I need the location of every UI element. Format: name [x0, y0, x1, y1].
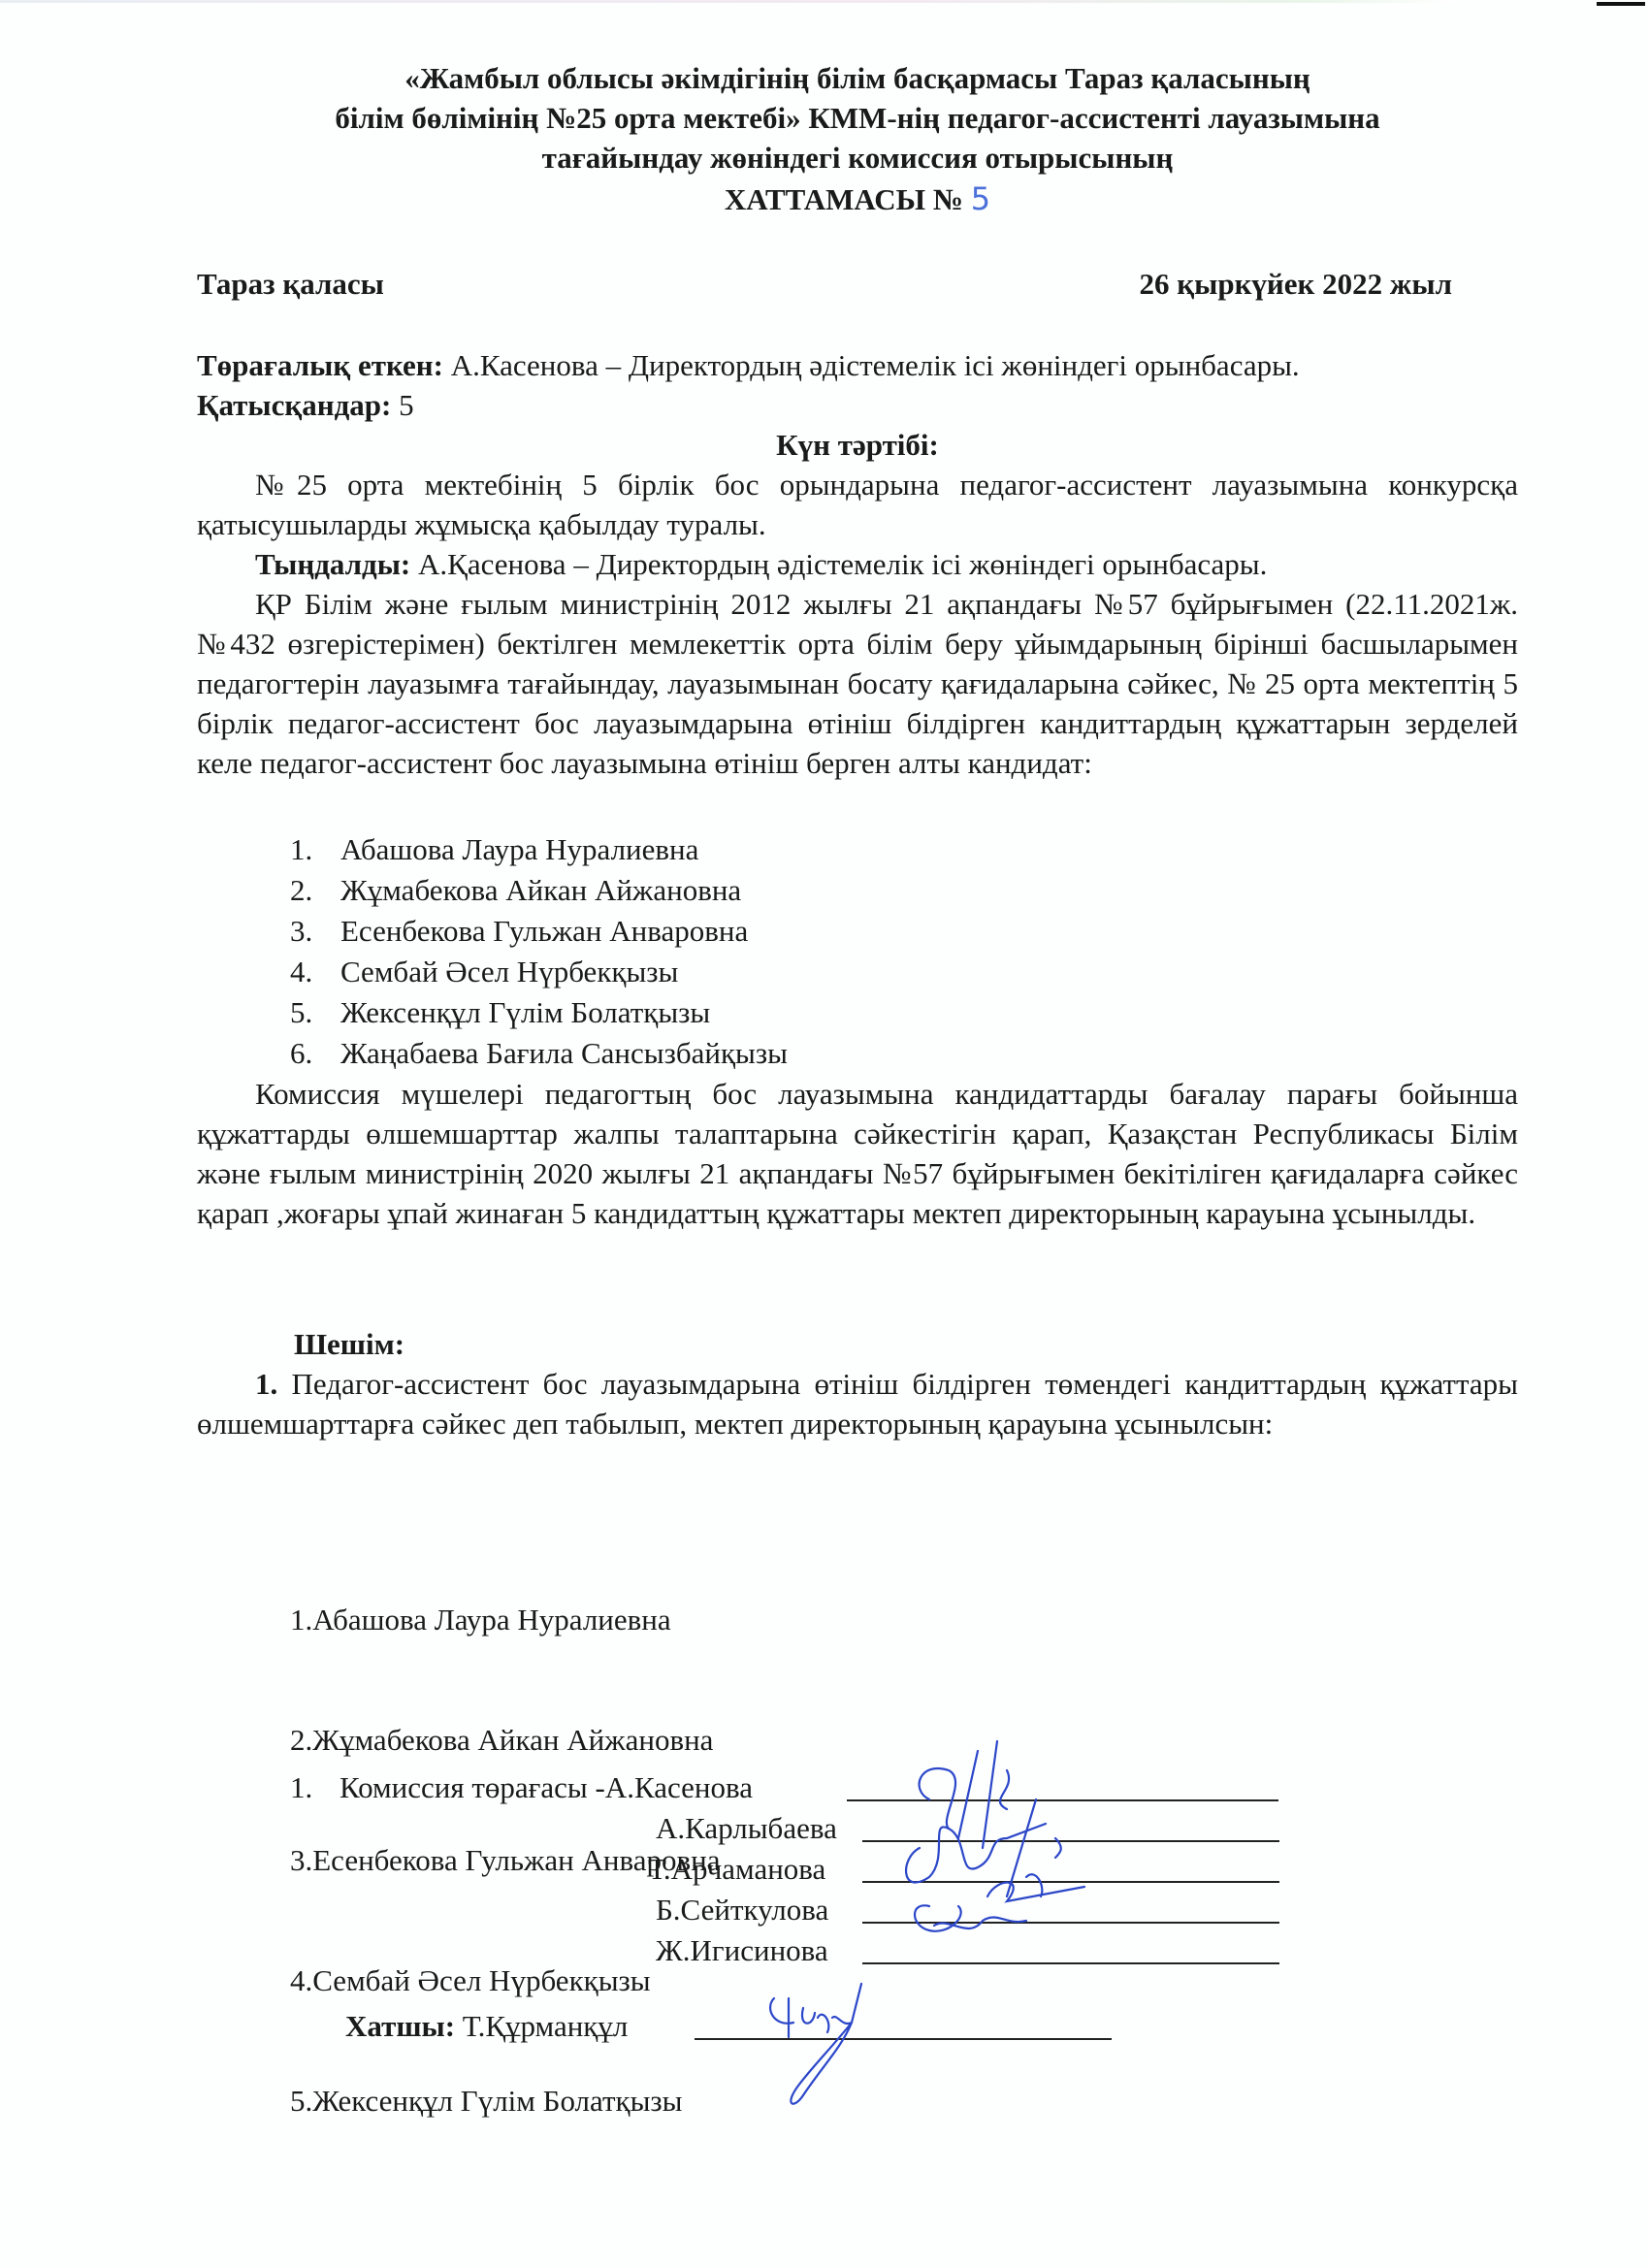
title-line-2: білім бөлімінің №25 орта мектебі» КММ-ні…: [197, 98, 1518, 138]
agenda-body: ҚР Білім және ғылым министрінің 2012 жыл…: [197, 584, 1518, 783]
place-date-row: Тараз қаласы 26 қыркүйек 2022 жыл: [197, 264, 1518, 304]
heard-value: А.Қасенова – Директордың әдістемелік ісі…: [410, 547, 1267, 581]
agenda-text: №25 орта мектебінің 5 бірлік бос орындар…: [197, 465, 1518, 544]
chair-label: Төрағалық еткен:: [197, 348, 443, 382]
secretary-handwritten-signature-icon: [745, 1979, 881, 2115]
list-item: 5.Жексенқұл Гүлім Болатқызы: [197, 992, 1518, 1033]
list-item: 2.Жұмабекова Айкан Айжановна: [197, 870, 1518, 911]
chair-value: А.Касенова – Директордың әдістемелік ісі…: [443, 348, 1300, 382]
decision-section: Шешім: 1. Педагог-ассистент бос лауазымд…: [197, 1324, 1518, 1443]
title-line-3: тағайындау жөніндегі комиссия отырысының: [197, 138, 1518, 178]
member-signature-row: Т.Арчаманова: [648, 1849, 825, 1889]
secretary-signature-row: Хатшы: Т.Құрманқұл: [345, 2006, 628, 2046]
date: 26 қыркүйек 2022 жыл: [1140, 264, 1452, 304]
scan-edge: [0, 0, 1455, 3]
place: Тараз қаласы: [197, 264, 384, 304]
heard-label: Тыңдалды:: [255, 547, 410, 581]
list-item: 6.Жаңабаева Бағила Сансызбайқызы: [197, 1033, 1518, 1074]
list-item: 4.Сембай Әсел Нүрбекқызы: [290, 1960, 1611, 2001]
decision-heading: Шешім:: [197, 1324, 1518, 1364]
scan-corner-mark: [1597, 2, 1645, 6]
handwritten-signatures-icon: [890, 1732, 1162, 1964]
meeting-meta: Төрағалық еткен: А.Касенова – Директорды…: [197, 345, 1518, 783]
title-line-1: «Жамбыл облысы әкімдігінің білім басқарм…: [197, 58, 1518, 98]
list-item: 1.Абашова Лаура Нуралиевна: [197, 829, 1518, 870]
participants-label: Қатысқандар:: [197, 388, 391, 422]
participants-line: Қатысқандар: 5: [197, 385, 1518, 425]
member-signature-row: Б.Сейткулова: [656, 1890, 828, 1929]
participants-value: 5: [391, 388, 413, 422]
heard-line: Тыңдалды: А.Қасенова – Директордың әдіст…: [197, 544, 1518, 584]
list-item: 4.Сембай Әсел Нүрбекқызы: [197, 952, 1518, 992]
member-signature-row: А.Карлыбаева: [656, 1808, 837, 1848]
protocol-number-handwritten: 5: [971, 180, 990, 217]
agenda-heading: Күн тәртібі:: [197, 425, 1518, 465]
member-signature-row: Ж.Игисинова: [656, 1930, 828, 1970]
chair-signature-row: 1. Комиссия төрағасы -А.Касенова: [290, 1767, 753, 1807]
commission-paragraph: Комиссия мүшелері педагогтың бос лауазым…: [197, 1074, 1518, 1233]
list-item: 3.Есенбекова Гульжан Анваровна: [197, 911, 1518, 952]
chair-line: Төрағалық еткен: А.Касенова – Директорды…: [197, 345, 1518, 385]
decision-item: 1. Педагог-ассистент бос лауазымдарына ө…: [197, 1364, 1518, 1443]
candidate-list: 1.Абашова Лаура Нуралиевна 2.Жұмабекова …: [197, 829, 1518, 1074]
protocol-heading: ХАТТАМАСЫ № 5: [197, 179, 1518, 219]
protocol-label: ХАТТАМАСЫ №: [725, 182, 963, 216]
list-item: 5.Жексенқұл Гүлім Болатқызы: [290, 2081, 1611, 2122]
document-title: «Жамбыл облысы әкімдігінің білім басқарм…: [197, 58, 1518, 219]
list-item: 1.Абашова Лаура Нуралиевна: [290, 1600, 1611, 1640]
